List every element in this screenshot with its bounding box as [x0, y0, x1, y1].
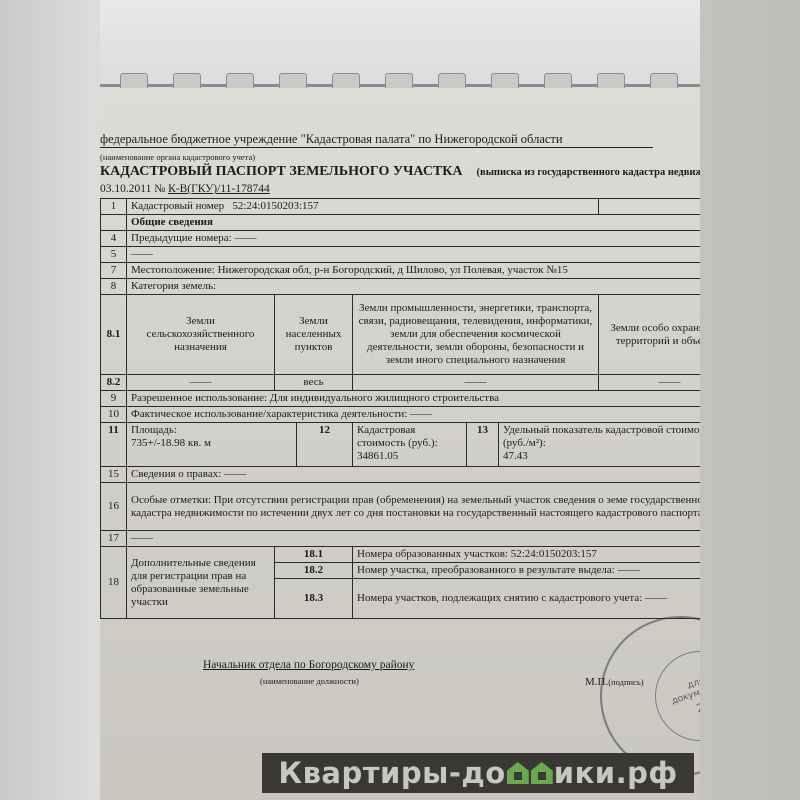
sub-row-number: 18.2 [275, 563, 353, 579]
row-number: 11 [101, 423, 127, 467]
table-row: 15 Сведения о правах: —— [101, 467, 701, 483]
cadastral-number-cell: Кадастровый номер 52:24:0150203:157 [127, 199, 599, 215]
table-row: 8 Категория земель: [101, 279, 701, 295]
watermark-banner: Квартиры-до ики.рф [262, 753, 694, 793]
document-date: 03.10.2011 [100, 183, 151, 195]
rights-info: Сведения о правах: —— [127, 467, 701, 483]
table-row: 5 —— [101, 247, 701, 263]
row-number: 15 [101, 467, 127, 483]
formed-parcels: Номера образованных участков: 52:24:0150… [353, 547, 701, 563]
document-subtitle: (выписка из государственного кадастра не… [477, 167, 700, 178]
cadastral-value: 34861.05 [357, 450, 462, 463]
organization-name: федеральное бюджетное учреждение "Кадаст… [100, 132, 653, 148]
specific-value-label: Удельный показатель кадастровой стоимост… [503, 424, 700, 450]
table-row: 8.2 —— весь —— —— [101, 375, 701, 391]
document-number: К-В(ГКУ)/11-178744 [168, 183, 270, 195]
table-row: 1 Кадастровый номер 52:24:0150203:157 [101, 199, 701, 215]
cadastral-value-label: Кадастровая стоимость (руб.): [357, 424, 462, 450]
row-number: 10 [101, 407, 127, 423]
previous-numbers: Предыдущие номера: —— [127, 231, 701, 247]
table-row: Общие сведения [101, 215, 701, 231]
category-protected-value: —— [599, 375, 701, 391]
table-row: 7 Местоположение: Нижегородская обл, р-н… [101, 263, 701, 279]
row-number: 4 [101, 231, 127, 247]
row-number: 8 [101, 279, 127, 295]
specific-value: 47.43 [503, 450, 700, 463]
category-industry-value: —— [353, 375, 599, 391]
row-17-value: —— [127, 531, 701, 547]
permitted-use: Разрешенное использование: Для индивидуа… [127, 391, 701, 407]
row-number: 8.1 [101, 295, 127, 375]
row-number: 5 [101, 247, 127, 263]
row-number: 1 [101, 199, 127, 215]
row-5-value: —— [127, 247, 701, 263]
document-number-line: 03.10.2011 № К-В(ГКУ)/11-178744 [100, 183, 270, 195]
sub-row-number: 18.3 [275, 579, 353, 619]
cadastral-table: 1 Кадастровый номер 52:24:0150203:157 Об… [100, 198, 700, 619]
organization-caption: (наименование органа кадастрового учета) [100, 152, 255, 162]
position-caption: (наименование должности) [260, 676, 359, 686]
additional-info-label: Дополнительные сведения для регистрации … [127, 547, 275, 619]
special-notes: Особые отметки: При отсутствии регистрац… [127, 483, 701, 531]
house-icon [531, 762, 553, 784]
category-agricultural: Земли сельскохозяйственного назначения [127, 295, 275, 375]
cadastral-number-label: Кадастровый номер [131, 200, 224, 212]
category-industry: Земли промышленности, энергетики, трансп… [353, 295, 599, 375]
table-row: 18 Дополнительные сведения для регистрац… [101, 547, 701, 563]
watermark-text: Квартиры-до [278, 756, 505, 790]
document-title-main: КАДАСТРОВЫЙ ПАСПОРТ ЗЕМЕЛЬНОГО УЧАСТКА [100, 164, 463, 179]
table-row: 11 Площадь: 735+/-18.98 кв. м 12 Кадастр… [101, 423, 701, 467]
row-number: 13 [467, 423, 499, 467]
row-number: 17 [101, 531, 127, 547]
category-settlements: Земли населенных пунктов [275, 295, 353, 375]
row-number: 9 [101, 391, 127, 407]
empty-cell [599, 199, 701, 215]
row-number: 18 [101, 547, 127, 619]
category-agricultural-value: —— [127, 375, 275, 391]
location: Местоположение: Нижегородская обл, р-н Б… [127, 263, 701, 279]
area-value: 735+/-18.98 кв. м [131, 437, 292, 450]
watermark-text: ики.рф [554, 756, 678, 790]
row-number: 7 [101, 263, 127, 279]
table-row: 9 Разрешенное использование: Для индивид… [101, 391, 701, 407]
row-number: 12 [297, 423, 353, 467]
official-position: Начальник отдела по Богородскому району [203, 659, 414, 671]
transformed-parcel: Номер участка, преобразованного в резуль… [353, 563, 701, 579]
document-title: КАДАСТРОВЫЙ ПАСПОРТ ЗЕМЕЛЬНОГО УЧАСТКА(в… [100, 164, 700, 180]
parcels-to-deregister: Номера участков, подлежащих снятию с кад… [353, 579, 701, 619]
specific-value-cell: Удельный показатель кадастровой стоимост… [499, 423, 701, 467]
table-row: 4 Предыдущие номера: —— [101, 231, 701, 247]
stamp-number: 23 [695, 699, 700, 716]
house-icon [507, 762, 529, 784]
section-general-info: Общие сведения [127, 215, 701, 231]
area-cell: Площадь: 735+/-18.98 кв. м [127, 423, 297, 467]
category-protected: Земли особо охраняемых территорий и объе… [599, 295, 701, 375]
actual-use: Фактическое использование/характеристика… [127, 407, 701, 423]
row-number: 16 [101, 483, 127, 531]
cadastral-value-cell: Кадастровая стоимость (руб.): 34861.05 [353, 423, 467, 467]
table-row: 8.1 Земли сельскохозяйственного назначен… [101, 295, 701, 375]
land-category-label: Категория земель: [127, 279, 701, 295]
cadastral-passport-page: федеральное бюджетное учреждение "Кадаст… [100, 88, 700, 800]
category-settlements-value: весь [275, 375, 353, 391]
table-row: 16 Особые отметки: При отсутствии регист… [101, 483, 701, 531]
number-sign: № [154, 183, 165, 195]
area-label: Площадь: [131, 424, 292, 437]
sub-row-number: 18.1 [275, 547, 353, 563]
cadastral-number-value: 52:24:0150203:157 [232, 200, 318, 212]
table-row: 10 Фактическое использование/характерист… [101, 407, 701, 423]
row-number [101, 215, 127, 231]
table-row: 17 —— [101, 531, 701, 547]
row-number: 8.2 [101, 375, 127, 391]
